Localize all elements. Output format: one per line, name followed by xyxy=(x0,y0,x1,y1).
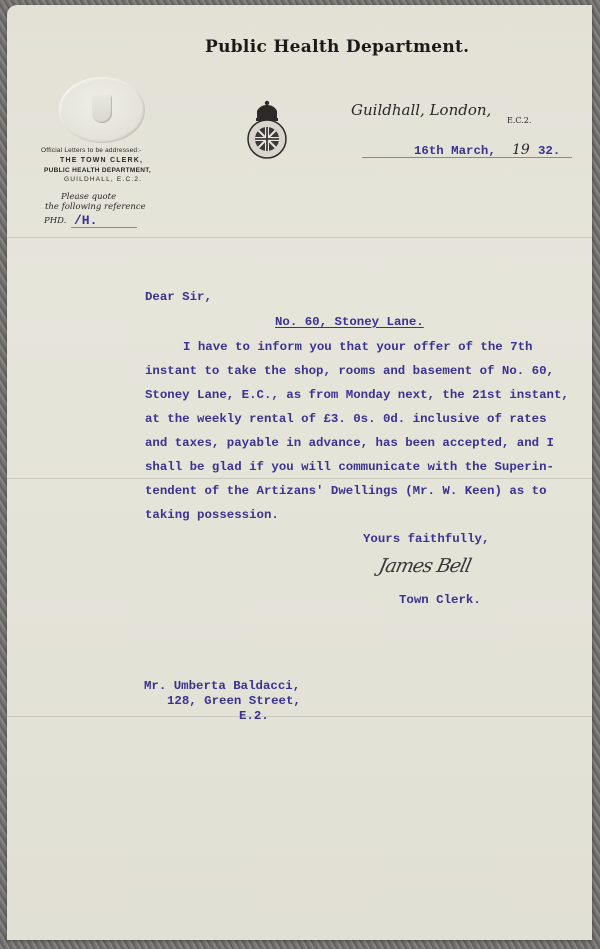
date-year: 32. xyxy=(538,144,560,158)
date-day-month: 16th March, xyxy=(414,144,496,158)
body-line-5: and taxes, payable in advance, has been … xyxy=(145,436,554,450)
address-note-line-3: PUBLIC HEALTH DEPARTMENT, xyxy=(44,167,151,174)
closing: Yours faithfully, xyxy=(363,532,489,546)
body-line-4: at the weekly rental of £3. 0s. 0d. incl… xyxy=(145,412,547,426)
body-line-7: tendent of the Artizans' Dwellings (Mr. … xyxy=(145,484,547,498)
address-note-line-2: THE TOWN CLERK, xyxy=(60,157,143,164)
date-century: 19 xyxy=(512,142,530,158)
body-line-3: Stoney Lane, E.C., as from Monday next, … xyxy=(145,388,569,402)
salutation: Dear Sir, xyxy=(145,290,212,304)
fold-line-1 xyxy=(7,237,592,239)
body-line-1: I have to inform you that your offer of … xyxy=(183,340,532,354)
address-note-line-1: Official Letters to be addressed:- xyxy=(41,147,142,154)
letterhead-title: Public Health Department. xyxy=(205,37,469,57)
letter-sheet: Public Health Department. Official Lette… xyxy=(7,5,592,940)
body-line-8: taking possession. xyxy=(145,508,279,522)
signatory-title: Town Clerk. xyxy=(399,593,481,607)
reference-prefix: PHD. xyxy=(44,216,66,226)
fold-line-2 xyxy=(7,478,592,480)
fold-line-3 xyxy=(7,716,592,718)
recipient-line-2: 128, Green Street, xyxy=(167,694,301,708)
address-note-line-4: GUILDHALL, E.C.2. xyxy=(64,176,142,183)
signature: James Bell xyxy=(377,555,473,577)
subject-line: No. 60, Stoney Lane. xyxy=(275,315,424,329)
national-scheme-badge-icon xyxy=(244,99,290,161)
recipient-line-3: E.2. xyxy=(239,709,269,723)
reference-note-line-2: the following reference xyxy=(45,202,146,212)
body-line-2: instant to take the shop, rooms and base… xyxy=(145,364,554,378)
body-line-6: shall be glad if you will communicate wi… xyxy=(145,460,554,474)
corporation-seal-icon xyxy=(59,77,145,143)
reference-value: /H. xyxy=(74,213,97,228)
letterhead-postcode: E.C.2. xyxy=(507,116,531,125)
reference-note-line-1: Please quote xyxy=(61,192,116,202)
recipient-line-1: Mr. Umberta Baldacci, xyxy=(144,679,300,693)
letterhead-address: Guildhall, London, xyxy=(351,101,491,119)
